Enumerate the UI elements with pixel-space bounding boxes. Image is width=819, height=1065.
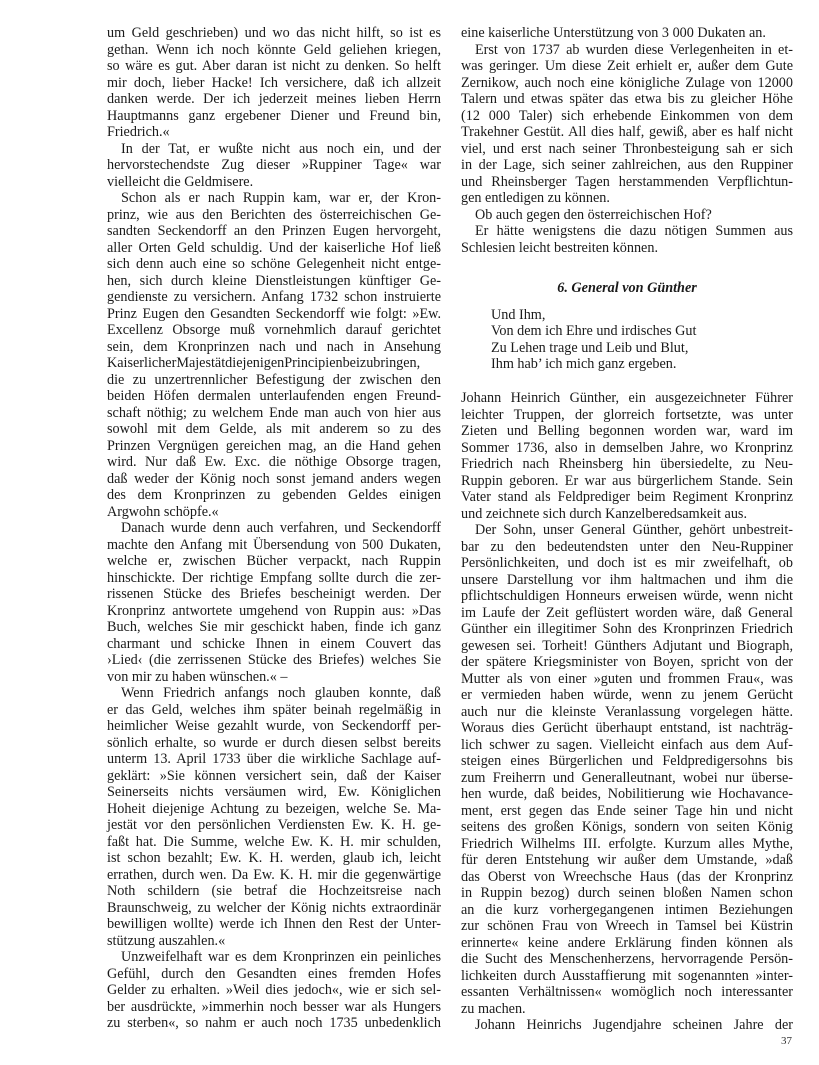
text-line: bar zu den bedeutendsten unter den Neu-R… (461, 539, 793, 556)
text-line: Unzweifelhaft war es dem Kronprinzen ein… (107, 949, 441, 966)
text-line: sowohl mit dem Gelde, als mit anderem so… (107, 421, 441, 438)
right-column-top-text: eine kaiserliche Unterstützung von 3 000… (461, 25, 793, 256)
text-line: er das Geld, welches ihm später beinah r… (107, 702, 441, 719)
text-line: er vermieden haben würde, wenn zu jenem … (461, 687, 793, 704)
text-line: mir doch, lieber Hacke! Ich versichere, … (107, 75, 441, 92)
poem-epigraph: Und Ihm,Von dem ich Ehre und irdisches G… (461, 307, 793, 373)
text-line: Friedrich nach Rheinsberg hin übersiedel… (461, 456, 793, 473)
text-line: seitens des großen Königs, sondern von s… (461, 819, 793, 836)
text-line: wird. Nur daß Ew. Exc. die nöthige Obsor… (107, 454, 441, 471)
text-line: zu machen. (461, 1001, 793, 1018)
text-line: erinnerte« keine andere Erklärung finden… (461, 935, 793, 952)
text-line: heimlicher Weise gezahlt wurde, von Seck… (107, 718, 441, 735)
text-line: die Sucht des Menschenherzens, hervorrag… (461, 951, 793, 968)
text-line: Zieten und Belling begonnen worden war, … (461, 423, 793, 440)
text-line: Johann Heinrich Günther, ein ausgezeichn… (461, 390, 793, 407)
text-line: was geringer. Um diese Zeit erhielt er, … (461, 58, 793, 75)
text-line: hen, sich durch kleine Dienstleistungen … (107, 273, 441, 290)
poem-line: Und Ihm, (461, 307, 793, 324)
text-line: Buch, welches Sie mir geschickt haben, f… (107, 619, 441, 636)
text-line: hervorstechendste Zug dieser »Ruppiner T… (107, 157, 441, 174)
text-line: unterm 13. April 1733 über die wirkliche… (107, 751, 441, 768)
text-line: sich denn auch eine so schöne Gelegenhei… (107, 256, 441, 273)
text-line: die zu unzertrennlicher Befestigung der … (107, 372, 441, 389)
text-line: so wäre es gut. Aber daran ist nicht zu … (107, 58, 441, 75)
section-heading: 6. General von Günther (461, 280, 793, 297)
poem-line: Zu Lehen trage und Leib und Blut, (461, 340, 793, 357)
text-line: Sommer 1736, also in demselben Jahre, wo… (461, 440, 793, 457)
text-line: (12 000 Taler) sich erhebende Einkommen … (461, 108, 793, 125)
text-line: Hauptmanns ganz ergebener Diener und Fre… (107, 108, 441, 125)
book-page: um Geld geschrieben) und wo das nicht hi… (0, 0, 819, 1065)
text-line: Talern und etwas später das etwa bis zu … (461, 91, 793, 108)
text-line: Mutter als von einer »guten und frommen … (461, 671, 793, 688)
text-line: Woraus dies Gerücht überhaupt entstand, … (461, 720, 793, 737)
text-line: bewilligen wollte) werde ich Ihnen den R… (107, 916, 441, 933)
text-line: gendienste zu versichern. Anfang 1732 sc… (107, 289, 441, 306)
left-column: um Geld geschrieben) und wo das nicht hi… (107, 25, 441, 1032)
text-line: unsere Darstellung vor ihm haltmachen un… (461, 572, 793, 589)
text-line: in Ruppin bezog) durch seinen bloßen Nam… (461, 885, 793, 902)
text-line: errathen, durch wen. Da Ew. K. H. mir di… (107, 867, 441, 884)
text-line: danken werde. Der ich jederzeit meines l… (107, 91, 441, 108)
section-gap (461, 256, 793, 280)
text-line: In der Tat, er wußte nicht aus noch ein,… (107, 141, 441, 158)
text-line: Günther ein illegitimer Sohn des Kronpri… (461, 621, 793, 638)
text-line: Wenn Friedrich anfangs noch glauben konn… (107, 685, 441, 702)
text-line: in der Lage, sich seiner zahlreichen, au… (461, 157, 793, 174)
text-line: sandten Seckendorff an den Prinzen Eugen… (107, 223, 441, 240)
text-line: des dem Kronprinzen zu gebenden Geldes e… (107, 487, 441, 504)
text-line: zur schönen Frau von Wreech in Tamsel be… (461, 918, 793, 935)
text-line: gen entledigen zu können. (461, 190, 793, 207)
text-line: Vater stand als Feldprediger beim Regime… (461, 489, 793, 506)
text-line: pflichtschuldigen Honneurs erweisen würd… (461, 588, 793, 605)
text-line: Braunschweig, zu welcher der König nicht… (107, 900, 441, 917)
text-line: jestät vor den persönlichen Verdiensten … (107, 817, 441, 834)
text-line: Excellenz Obsorge muß vornehmlich darauf… (107, 322, 441, 339)
text-line: zu sterben«, so nahm er auch noch 1735 u… (107, 1015, 441, 1032)
text-line: Trakehner Gestüt. All dies half, gewiß, … (461, 124, 793, 141)
text-line: lich schwer zu sagen. Vielleicht einfach… (461, 737, 793, 754)
text-line: Friedrich Wilhelms III. erfolgte. Kurzum… (461, 836, 793, 853)
text-line: leichter Truppen, der glorreich fortsetz… (461, 407, 793, 424)
poem-after-gap (461, 373, 793, 391)
text-line: gewesen sei. Torheit! Günthers Adjutant … (461, 638, 793, 655)
text-line: lichkeiten durch Ausstaffierung mit soge… (461, 968, 793, 985)
text-line: Schon als er nach Ruppin kam, war er, de… (107, 190, 441, 207)
text-line: Zernikow, auch noch eine königliche Zula… (461, 75, 793, 92)
poem-line: Von dem ich Ehre und irdisches Gut (461, 323, 793, 340)
page-number: 37 (770, 1035, 792, 1047)
text-line: Kronprinz antwortete umgehend von Ruppin… (107, 603, 441, 620)
text-line: auch nur die kleinste Veranlassung vorge… (461, 704, 793, 721)
text-line: beiden Höfen dermalen unterlaufenden eng… (107, 388, 441, 405)
text-line: Schlesien leicht bestreiten können. (461, 240, 793, 257)
text-line: Gefühl, durch den Gesandten eines fremde… (107, 966, 441, 983)
text-line: aller Orten Geld schuldig. Und der kaise… (107, 240, 441, 257)
text-line: gethan. Wenn ich noch könnte Geld gelieh… (107, 42, 441, 59)
text-line: Persönlichkeiten, und doch ist es mir zw… (461, 555, 793, 572)
text-line: Prinzen Vergnügen gereichen mag, an die … (107, 438, 441, 455)
text-line: sönlich erhalte, so wurde er durch diese… (107, 735, 441, 752)
text-line: ist schon bezahlt; Ew. K. H. werden, gla… (107, 850, 441, 867)
text-line: sein, dem Kronprinzen nach und nach in A… (107, 339, 441, 356)
text-line: und Rheinsberger Tagen herstammenden Ver… (461, 174, 793, 191)
text-line: faßt hat. Die Summe, welche Ew. K. H. mi… (107, 834, 441, 851)
right-column-body-text: Johann Heinrich Günther, ein ausgezeichn… (461, 390, 793, 1034)
text-line: ment, erst gegen das Ende seiner Tage hi… (461, 803, 793, 820)
text-line: daß weder der König noch sonst jemand an… (107, 471, 441, 488)
text-line: Friedrich.« (107, 124, 441, 141)
text-line: Ob auch gegen den österreichischen Hof? (461, 207, 793, 224)
text-line: zum Freiherrn und Generalleutnant, wobei… (461, 770, 793, 787)
text-line: steigen eines Bürgerlichen und Feldpredi… (461, 753, 793, 770)
text-line: der spätere Kriegsminister von Boyen, sp… (461, 654, 793, 671)
text-line: hinschickte. Der richtige Empfang sollte… (107, 570, 441, 587)
text-line: um Geld geschrieben) und wo das nicht hi… (107, 25, 441, 42)
text-line: ber ausdrückte, »immerhin noch besser wa… (107, 999, 441, 1016)
text-line: eine kaiserliche Unterstützung von 3 000… (461, 25, 793, 42)
text-line: Er hätte wenigstens die dazu nötigen Sum… (461, 223, 793, 240)
text-line: Seinerseits nichts versäumen wird, Ew. K… (107, 784, 441, 801)
text-line: Hoheit diejenige Achtung zu bezeigen, we… (107, 801, 441, 818)
text-line: das Oberst von Wreechsche Haus (das der … (461, 869, 793, 886)
text-line: rissenen Stücke des Briefes bescheinigt … (107, 586, 441, 603)
text-line: KaiserlicherMajestätdiejenigenPrincipien… (107, 355, 441, 372)
poem-gap (461, 296, 793, 307)
text-line: ›Lied‹ (die zerrissenen Stücke des Brief… (107, 652, 441, 669)
text-line: Danach wurde denn auch verfahren, und Se… (107, 520, 441, 537)
text-line: Argwohn schöpfe.« (107, 504, 441, 521)
text-line: essanten Verhältnissen« womöglich noch i… (461, 984, 793, 1001)
text-line: im Laufe der Zeit geflüstert worden wäre… (461, 605, 793, 622)
text-line: hen wurde, daß beides, Nobilitierung wie… (461, 786, 793, 803)
poem-line: Ihm hab’ ich mich ganz ergeben. (461, 356, 793, 373)
text-line: Noth schildern (sie betraf die Hochzeits… (107, 883, 441, 900)
text-line: machte den Anfang mit Übersendung von 50… (107, 537, 441, 554)
text-line: Ruppin geboren. Er war aus bürgerlichem … (461, 473, 793, 490)
text-line: viel, und erst nach seiner Thronbesteigu… (461, 141, 793, 158)
right-column: eine kaiserliche Unterstützung von 3 000… (461, 25, 793, 1034)
text-line: und zeichnete sich durch Kanzelberedsamk… (461, 506, 793, 523)
text-line: von mir zu haben wünschen.« – (107, 669, 441, 686)
text-line: welche er, zwischen Bücher verpackt, nac… (107, 553, 441, 570)
text-line: an die kurz vorhergegangenen intimen Bez… (461, 902, 793, 919)
text-line: Gelder zu erhalten. »Weil dies jedoch«, … (107, 982, 441, 999)
text-line: Der Sohn, unser General Günther, gehört … (461, 522, 793, 539)
text-line: Johann Heinrichs Jugendjahre scheinen Ja… (461, 1017, 793, 1034)
text-line: stützung auszahlen.« (107, 933, 441, 950)
text-line: geklärt: »Sie können versichert sein, da… (107, 768, 441, 785)
text-line: Prinz Eugen den Gesandten Seckendorff wi… (107, 306, 441, 323)
text-line: charmant und schicke Ihnen in einem Couv… (107, 636, 441, 653)
text-line: für deren Entstehung wir außer dem Umsta… (461, 852, 793, 869)
text-line: Erst von 1737 ab wurden diese Verlegenhe… (461, 42, 793, 59)
text-line: schaft nöthig; zu welchem Ende man auch … (107, 405, 441, 422)
text-line: vielleicht die Geldmisere. (107, 174, 441, 191)
text-line: prinz, wie aus den Berichten des österre… (107, 207, 441, 224)
